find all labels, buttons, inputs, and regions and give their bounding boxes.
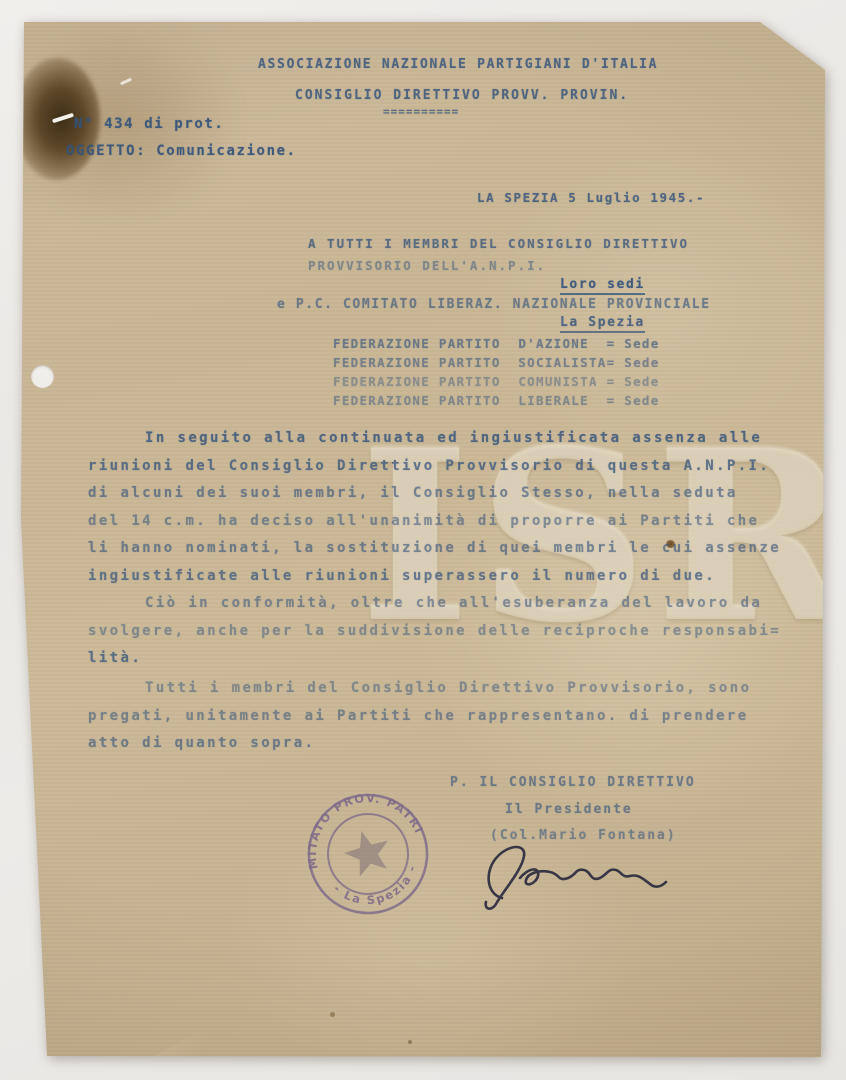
handwritten-signature [470, 832, 685, 912]
isr-watermark: ISR [360, 420, 680, 655]
letter-paper: ISR ASSOCIAZIONE NAZIONALE PARTIGIANI D'… [0, 0, 846, 1080]
corner-crease [150, 1000, 260, 1058]
scanned-letter-page: { "letterhead": { "org_line1": "ASSOCIAZ… [0, 0, 846, 1080]
federation-azione: FEDERAZIONE PARTITO D'AZIONE = Sede [333, 336, 660, 351]
dirt-speck [330, 1012, 335, 1017]
body-p1-l2: riunioni del Consiglio Direttivo Provvis… [88, 458, 770, 474]
dirt-speck-2 [408, 1040, 412, 1044]
protocol-number: N° 434 di prot. [74, 116, 224, 132]
hole-punch [31, 365, 54, 388]
org-name-line2: CONSIGLIO DIRETTIVO PROVV. PROVIN. [295, 88, 629, 103]
body-p1-l6: ingiustificate alle riunioni superassero… [88, 568, 716, 584]
org-name-line1: ASSOCIAZIONE NAZIONALE PARTIGIANI D'ITAL… [258, 57, 658, 72]
federation-liberale: FEDERAZIONE PARTITO LIBERALE = Sede [333, 393, 660, 408]
body-p2-l2: svolgere, anche per la suddivisione dell… [88, 623, 781, 639]
body-p3-l1: Tutti i membri del Consiglio Direttivo P… [145, 680, 751, 696]
scanner-background: ISR ASSOCIAZIONE NAZIONALE PARTIGIANI D'… [0, 0, 846, 1080]
subject-line: OGGETTO: Comunicazione. [66, 143, 297, 159]
body-p2-l1: Ciò in conformità, oltre che all'esubera… [145, 595, 762, 611]
scratch-mark-small [120, 78, 132, 86]
loro-sedi: Loro sedi [560, 277, 645, 295]
stamp-star-icon [339, 825, 395, 879]
dateline: LA SPEZIA 5 Luglio 1945.- [477, 190, 705, 205]
body-p1-l3: di alcuni dei suoi membri, il Consiglio … [88, 485, 738, 501]
body-p3-l2: pregati, unitamente ai Partiti che rappr… [88, 708, 749, 724]
scratch-mark [52, 113, 74, 124]
body-p1-l4: del 14 c.m. ha deciso all'unanimità di p… [88, 513, 759, 529]
body-p1-l5: li hanno nominati, la sostituzione di qu… [88, 540, 781, 556]
body-p1-l1: In seguito alla continuata ed ingiustifi… [145, 430, 762, 446]
cc-line: e P.C. COMITATO LIBERAZ. NAZIONALE PROVI… [277, 297, 711, 312]
recipient-line2: PROVVISORIO DELL'A.N.P.I. [308, 258, 546, 273]
body-p3-l3: atto di quanto sopra. [88, 735, 315, 751]
closing-consiglio: P. IL CONSIGLIO DIRETTIVO [450, 775, 696, 790]
letterhead-rule: ========== [383, 105, 459, 118]
place-la-spezia: La Spezia [560, 315, 645, 333]
recipient-line1: A TUTTI I MEMBRI DEL CONSIGLIO DIRETTIVO [308, 236, 689, 251]
body-p2-l3: lità. [88, 650, 142, 666]
comitato-patrioti-stamp: COMITATO PROV. PATRIOTI - La Spezia - [286, 772, 449, 935]
federation-socialista: FEDERAZIONE PARTITO SOCIALISTA= Sede [333, 355, 660, 370]
closing-presidente: Il Presidente [505, 802, 633, 817]
federation-comunista: FEDERAZIONE PARTITO COMUNISTA = Sede [333, 374, 660, 389]
